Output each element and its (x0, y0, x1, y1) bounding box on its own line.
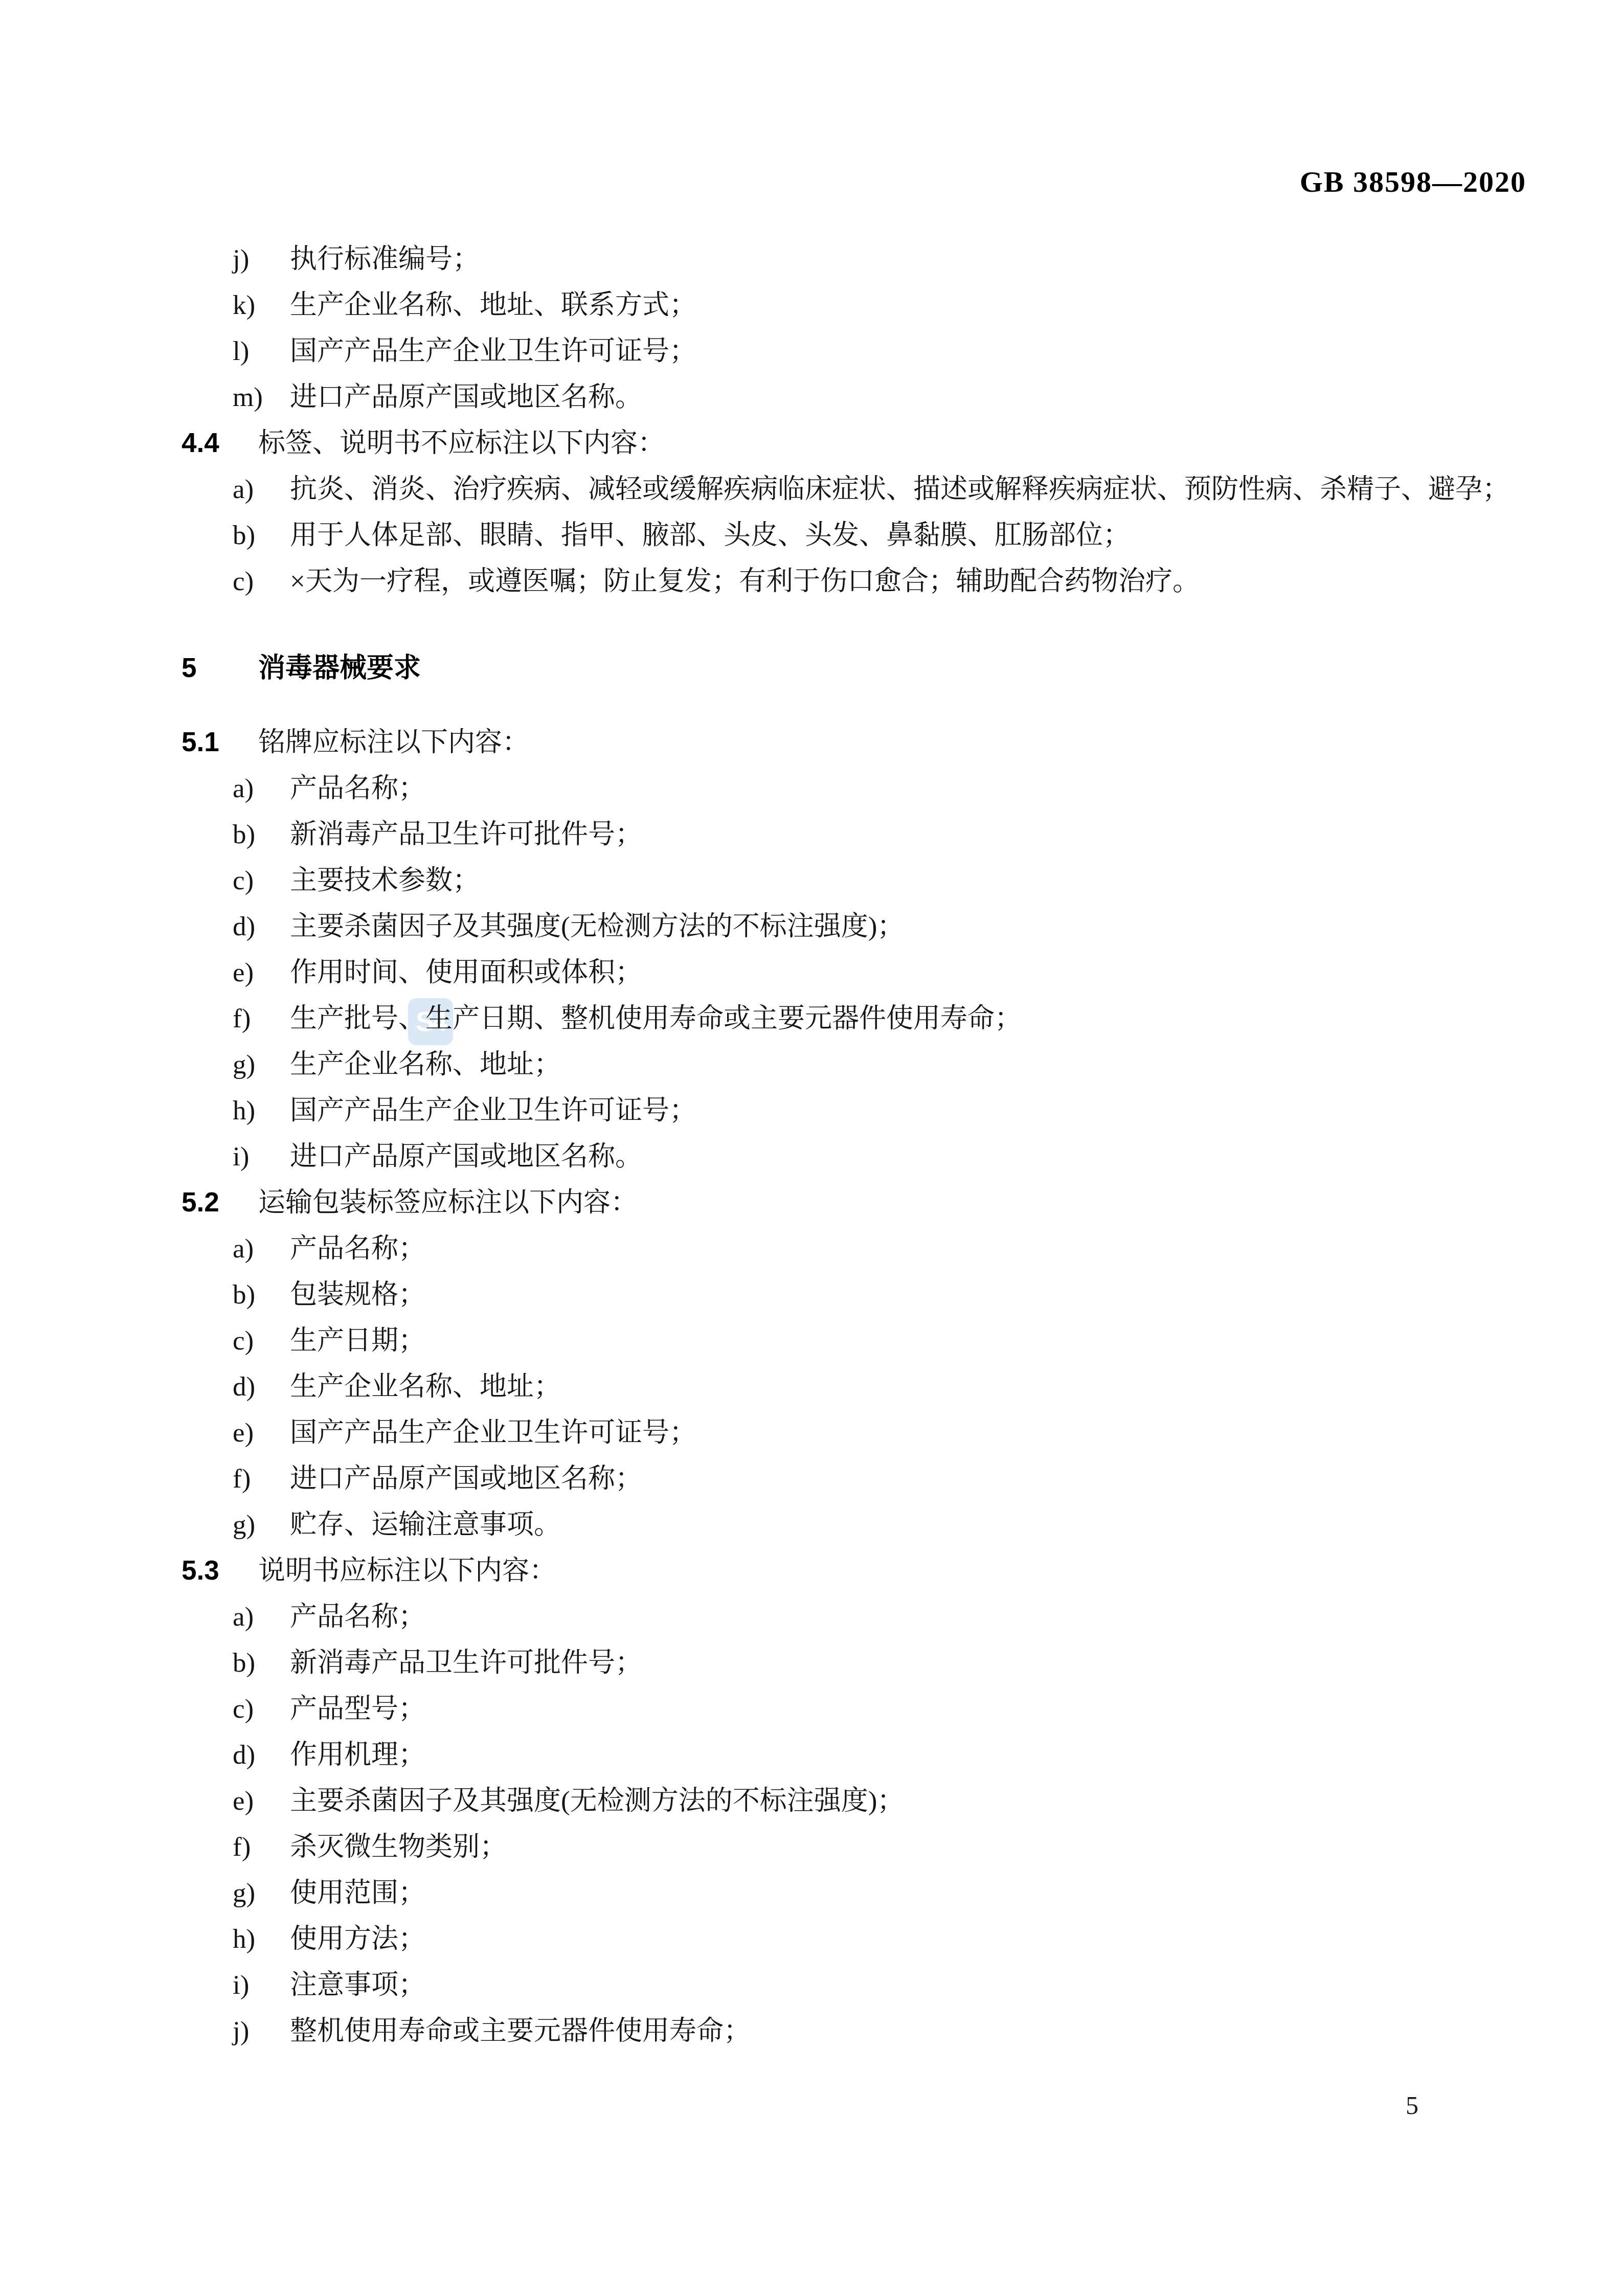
list-item-text: 生产企业名称、地址、联系方式； (290, 290, 696, 320)
list-item-text: 产品名称； (290, 774, 425, 803)
clause-number: 5.3 (182, 1548, 258, 1594)
list-item-label: f) (233, 1456, 290, 1502)
list-item: g)使用范围； (182, 1870, 1526, 1916)
section-heading-5: 5消毒器械要求 (182, 645, 1526, 691)
list-item-label: c) (233, 1686, 290, 1732)
list-item-text: 执行标准编号； (290, 244, 480, 274)
list-item-label: c) (233, 558, 290, 604)
list-item: e)国产产品生产企业卫生许可证号； (182, 1410, 1526, 1456)
list-item-text: 贮存、运输注意事项。 (290, 1510, 561, 1540)
list-item: c)主要技术参数； (182, 858, 1526, 904)
clause-number: 4.4 (182, 420, 258, 466)
section-number: 5 (182, 645, 258, 691)
list-item-text: 新消毒产品卫生许可批件号； (290, 1648, 642, 1678)
list-item: i)进口产品原产国或地区名称。 (182, 1134, 1526, 1180)
list-item-text: 杀灭微生物类别； (290, 1832, 507, 1862)
list-item-label: e) (233, 1410, 290, 1456)
list-item-text: 作用时间、使用面积或体积； (290, 958, 642, 987)
list-item: e)作用时间、使用面积或体积； (182, 950, 1526, 996)
list-item: l)国产产品生产企业卫生许可证号； (182, 328, 1526, 374)
list-item: a)产品名称； (182, 1594, 1526, 1640)
list-item-text: ×天为一疗程，或遵医嘱；防止复发；有利于伤口愈合；辅助配合药物治疗。 (290, 567, 1200, 596)
clause-title: 运输包装标签应标注以下内容： (258, 1188, 638, 1218)
list-item-text: 作用机理； (290, 1740, 425, 1770)
list-item-text: 使用方法； (290, 1924, 425, 1954)
list-item-label: l) (233, 328, 290, 374)
list-item-text: 使用范围； (290, 1878, 425, 1908)
list-item-text: 生产企业名称、地址； (290, 1372, 561, 1402)
list-item: f)杀灭微生物类别； (182, 1824, 1526, 1870)
list-item-text: 国产产品生产企业卫生许可证号； (290, 336, 696, 366)
list-item: c)生产日期； (182, 1318, 1526, 1364)
list-item: a)产品名称； (182, 766, 1526, 812)
list-item-label: b) (233, 1640, 290, 1686)
list-item-text: 生产企业名称、地址； (290, 1050, 561, 1079)
list-item-text: 产品型号； (290, 1694, 425, 1724)
list-item-text: 生产批号、生产日期、整机使用寿命或主要元器件使用寿命； (290, 1004, 1022, 1033)
list-item-label: h) (233, 1916, 290, 1962)
document-body: j)执行标准编号； k)生产企业名称、地址、联系方式； l)国产产品生产企业卫生… (182, 236, 1526, 2054)
list-item-label: f) (233, 1824, 290, 1870)
list-item: h)国产产品生产企业卫生许可证号； (182, 1088, 1526, 1134)
list-item-label: k) (233, 282, 290, 328)
list-item-label: b) (233, 812, 290, 858)
list-item: h)使用方法； (182, 1916, 1526, 1962)
list-item-label: j) (233, 2008, 290, 2054)
list-item-text: 用于人体足部、眼睛、指甲、腋部、头皮、头发、鼻黏膜、肛肠部位； (290, 521, 1130, 550)
list-item-label: j) (233, 236, 290, 282)
clause-title: 铭牌应标注以下内容： (258, 728, 529, 757)
list-item: a)抗炎、消炎、治疗疾病、减轻或缓解疾病临床症状、描述或解释疾病症状、预防性病、… (182, 466, 1526, 512)
list-item: b)包装规格； (182, 1272, 1526, 1318)
clause-heading-5-1: 5.1铭牌应标注以下内容： (182, 719, 1526, 766)
list-item-label: m) (233, 374, 290, 420)
section-title: 消毒器械要求 (258, 653, 421, 683)
standard-code-header: GB 38598—2020 (1300, 165, 1526, 199)
list-item: g)生产企业名称、地址； (182, 1042, 1526, 1088)
list-item-text: 整机使用寿命或主要元器件使用寿命； (290, 2016, 751, 2046)
list-item: c)×天为一疗程，或遵医嘱；防止复发；有利于伤口愈合；辅助配合药物治疗。 (182, 558, 1526, 604)
list-item-text: 注意事项； (290, 1970, 425, 2000)
list-item-text: 生产日期； (290, 1326, 425, 1356)
list-item-text: 国产产品生产企业卫生许可证号； (290, 1096, 696, 1126)
list-item-label: g) (233, 1502, 290, 1548)
list-item: f)进口产品原产国或地区名称； (182, 1456, 1526, 1502)
list-item-label: c) (233, 858, 290, 904)
list-item-text: 新消毒产品卫生许可批件号； (290, 820, 642, 849)
list-item: k)生产企业名称、地址、联系方式； (182, 282, 1526, 328)
list-item-text: 主要技术参数； (290, 866, 480, 895)
list-item-label: e) (233, 950, 290, 996)
list-item-text: 进口产品原产国或地区名称。 (290, 382, 642, 412)
list-item-text: 进口产品原产国或地区名称。 (290, 1142, 642, 1172)
list-item-label: a) (233, 766, 290, 812)
list-item-label: g) (233, 1870, 290, 1916)
list-item-label: b) (233, 512, 290, 558)
list-item: b)用于人体足部、眼睛、指甲、腋部、头皮、头发、鼻黏膜、肛肠部位； (182, 512, 1526, 558)
list-item: j)执行标准编号； (182, 236, 1526, 282)
clause-title: 标签、说明书不应标注以下内容： (258, 429, 665, 458)
list-item-text: 主要杀菌因子及其强度(无检测方法的不标注强度)； (290, 1786, 904, 1816)
list-item: i)注意事项； (182, 1962, 1526, 2008)
list-item-label: e) (233, 1778, 290, 1824)
list-item-label: c) (233, 1318, 290, 1364)
list-item-text: 国产产品生产企业卫生许可证号； (290, 1418, 696, 1448)
list-item-label: d) (233, 1732, 290, 1778)
list-item-label: f) (233, 996, 290, 1042)
list-item: c)产品型号； (182, 1686, 1526, 1732)
list-item-label: h) (233, 1088, 290, 1134)
list-item: j)整机使用寿命或主要元器件使用寿命； (182, 2008, 1526, 2054)
list-item: b)新消毒产品卫生许可批件号； (182, 1640, 1526, 1686)
list-item-label: g) (233, 1042, 290, 1088)
list-item-text: 抗炎、消炎、治疗疾病、减轻或缓解疾病临床症状、描述或解释疾病症状、预防性病、杀精… (290, 475, 1509, 504)
list-item: d)生产企业名称、地址； (182, 1364, 1526, 1410)
list-item: b)新消毒产品卫生许可批件号； (182, 812, 1526, 858)
list-item-label: a) (233, 1226, 290, 1272)
page-number: 5 (1406, 2090, 1418, 2120)
list-item-label: d) (233, 904, 290, 950)
list-item-label: i) (233, 1962, 290, 2008)
standard-document-page: GB 38598—2020 S4 j)执行标准编号； k)生产企业名称、地址、联… (0, 0, 1623, 2296)
list-item-label: d) (233, 1364, 290, 1410)
list-item-text: 进口产品原产国或地区名称； (290, 1464, 642, 1494)
list-item-label: i) (233, 1134, 290, 1180)
clause-heading-5-2: 5.2运输包装标签应标注以下内容： (182, 1180, 1526, 1226)
list-item: a)产品名称； (182, 1226, 1526, 1272)
list-item-text: 产品名称； (290, 1234, 425, 1264)
list-item-text: 产品名称； (290, 1602, 425, 1632)
list-item-text: 主要杀菌因子及其强度(无检测方法的不标注强度)； (290, 912, 904, 941)
clause-title: 说明书应标注以下内容： (258, 1556, 556, 1586)
list-item-label: b) (233, 1272, 290, 1318)
list-item: e)主要杀菌因子及其强度(无检测方法的不标注强度)； (182, 1778, 1526, 1824)
list-item: g)贮存、运输注意事项。 (182, 1502, 1526, 1548)
list-item-label: a) (233, 1594, 290, 1640)
list-item-label: a) (233, 466, 290, 512)
clause-number: 5.1 (182, 719, 258, 766)
list-item-text: 包装规格； (290, 1280, 425, 1310)
list-item: d)作用机理； (182, 1732, 1526, 1778)
list-item: d)主要杀菌因子及其强度(无检测方法的不标注强度)； (182, 904, 1526, 950)
list-item: f)生产批号、生产日期、整机使用寿命或主要元器件使用寿命； (182, 996, 1526, 1042)
clause-heading-4-4: 4.4标签、说明书不应标注以下内容： (182, 420, 1526, 466)
clause-number: 5.2 (182, 1180, 258, 1226)
clause-heading-5-3: 5.3说明书应标注以下内容： (182, 1548, 1526, 1594)
list-item: m)进口产品原产国或地区名称。 (182, 374, 1526, 420)
